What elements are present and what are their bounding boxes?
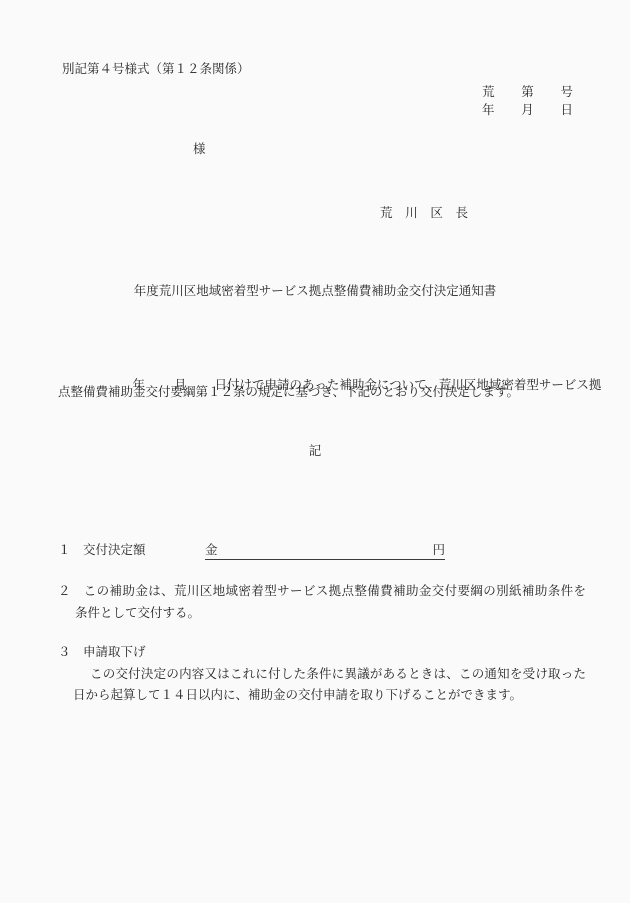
item3-withdrawal-line2: この交付決定の内容又はこれに付した条件に異議があるときは、この通知を受け取った	[90, 667, 586, 682]
amount-prefix-yen-label: 金	[205, 543, 218, 559]
item1-grant-amount-label: １ 交付決定額	[58, 543, 146, 558]
date-blank-line: 年 月 日	[482, 103, 573, 118]
sender-char: 長	[455, 206, 468, 221]
addressee-honorific: 様	[193, 142, 206, 157]
item3-withdrawal-heading: ３ 申請取下げ	[58, 645, 146, 660]
document-page: 別記第４号様式（第１２条関係） 荒 第 号 年 月 日 様 荒 川 区 長 年度…	[0, 0, 630, 903]
sender-signature: 荒 川 区 長	[380, 206, 468, 221]
form-number: 別記第４号様式（第１２条関係）	[62, 62, 250, 77]
sender-char: 荒	[380, 206, 393, 221]
document-title: 年度荒川区地域密着型サービス拠点整備費補助金交付決定通知書	[0, 284, 630, 299]
date-day-label: 日	[560, 103, 573, 118]
record-marker: 記	[0, 444, 630, 459]
amount-suffix-en-label: 円	[432, 543, 445, 559]
sender-char: 区	[430, 206, 443, 221]
date-month-label: 月	[521, 103, 534, 118]
item2-conditions-line2: 条件として交付する。	[75, 606, 200, 621]
sender-char: 川	[405, 206, 418, 221]
reference-number-line: 荒 第 号	[482, 85, 573, 100]
ref-agency-char: 荒	[482, 85, 495, 100]
body-paragraph-line2: 点整備費補助金交付要綱第１２条の規定に基づき、下記のとおり交付決定します。	[58, 385, 519, 400]
item3-withdrawal-line3: 日から起算して１４日以内に、補助金の交付申請を取り下げることができます。	[73, 688, 522, 703]
item2-conditions-line1: ２ この補助金は、荒川区地域密着型サービス拠点整備費補助金交付要綱の別紙補助条件…	[58, 584, 586, 599]
item1-amount-blank-field: 金 円	[205, 543, 445, 560]
date-year-label: 年	[482, 103, 495, 118]
ref-dai-char: 第	[521, 85, 534, 100]
ref-go-char: 号	[560, 85, 573, 100]
